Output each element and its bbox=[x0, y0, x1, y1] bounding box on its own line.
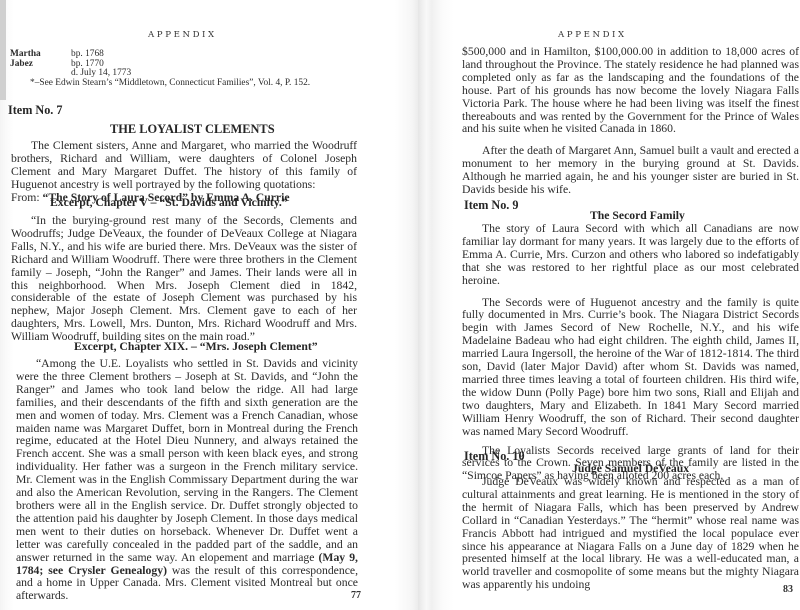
excerpt-block: “In the burying-ground rest many of the … bbox=[11, 215, 357, 344]
running-head: APPENDIX bbox=[148, 30, 217, 40]
item-label: Item No. 10 bbox=[464, 449, 525, 464]
baptism-record-table: Martha bp. 1768 Jabez bp. 1770 d. July 1… bbox=[10, 50, 131, 79]
excerpt-paragraph: “In the burying-ground rest many of the … bbox=[11, 215, 357, 344]
intro-block: The Clement sisters, Anne and Margaret, … bbox=[11, 140, 357, 205]
excerpt-paragraph: “Among the U.E. Loyalists who settled in… bbox=[16, 358, 358, 603]
item10-block: Judge DeVeaux was widely known and respe… bbox=[462, 476, 799, 592]
item-label: Item No. 9 bbox=[464, 198, 519, 213]
right-page: APPENDIX $500,000 and in Hamilton, $100,… bbox=[432, 0, 800, 610]
item-label: Item No. 7 bbox=[8, 103, 63, 118]
page-number: 83 bbox=[783, 584, 793, 595]
item9-paragraph: The story of Laura Secord with which all… bbox=[462, 223, 799, 288]
continuation-block: $500,000 and in Hamilton, $100,000.00 in… bbox=[462, 46, 799, 197]
excerpt-title: Excerpt, Chapter V – “St. Davids and Vic… bbox=[50, 196, 288, 209]
person-name: Jabez bbox=[10, 60, 71, 70]
book-spread: APPENDIX Martha bp. 1768 Jabez bp. 1770 … bbox=[0, 0, 800, 610]
item10-paragraph: Judge DeVeaux was widely known and respe… bbox=[462, 476, 799, 592]
item9-block: The story of Laura Secord with which all… bbox=[462, 223, 799, 483]
item9-paragraph: The Secords were of Huguenot ancestry an… bbox=[462, 297, 799, 439]
footnote: *–See Edwin Stearn’s “Middletown, Connec… bbox=[30, 78, 310, 88]
section-title: Judge Samuel DeVeaux bbox=[572, 462, 689, 475]
left-page: APPENDIX Martha bp. 1768 Jabez bp. 1770 … bbox=[0, 0, 418, 610]
continuation-paragraph: $500,000 and in Hamilton, $100,000.00 in… bbox=[462, 46, 799, 136]
running-head: APPENDIX bbox=[558, 30, 627, 40]
section-title: The Secord Family bbox=[590, 209, 685, 222]
intro-paragraph: The Clement sisters, Anne and Margaret, … bbox=[11, 140, 357, 192]
scan-edge-shadow bbox=[0, 0, 6, 100]
page-number: 77 bbox=[351, 590, 361, 601]
after-death-paragraph: After the death of Margaret Ann, Samuel … bbox=[462, 145, 799, 197]
excerpt-title: Excerpt, Chapter XIX. – “Mrs. Joseph Cle… bbox=[74, 340, 318, 353]
section-title: THE LOYALIST CLEMENTS bbox=[110, 122, 275, 137]
book-gutter bbox=[418, 0, 432, 610]
excerpt-block: “Among the U.E. Loyalists who settled in… bbox=[16, 358, 358, 603]
source-prefix: From: bbox=[11, 191, 43, 204]
